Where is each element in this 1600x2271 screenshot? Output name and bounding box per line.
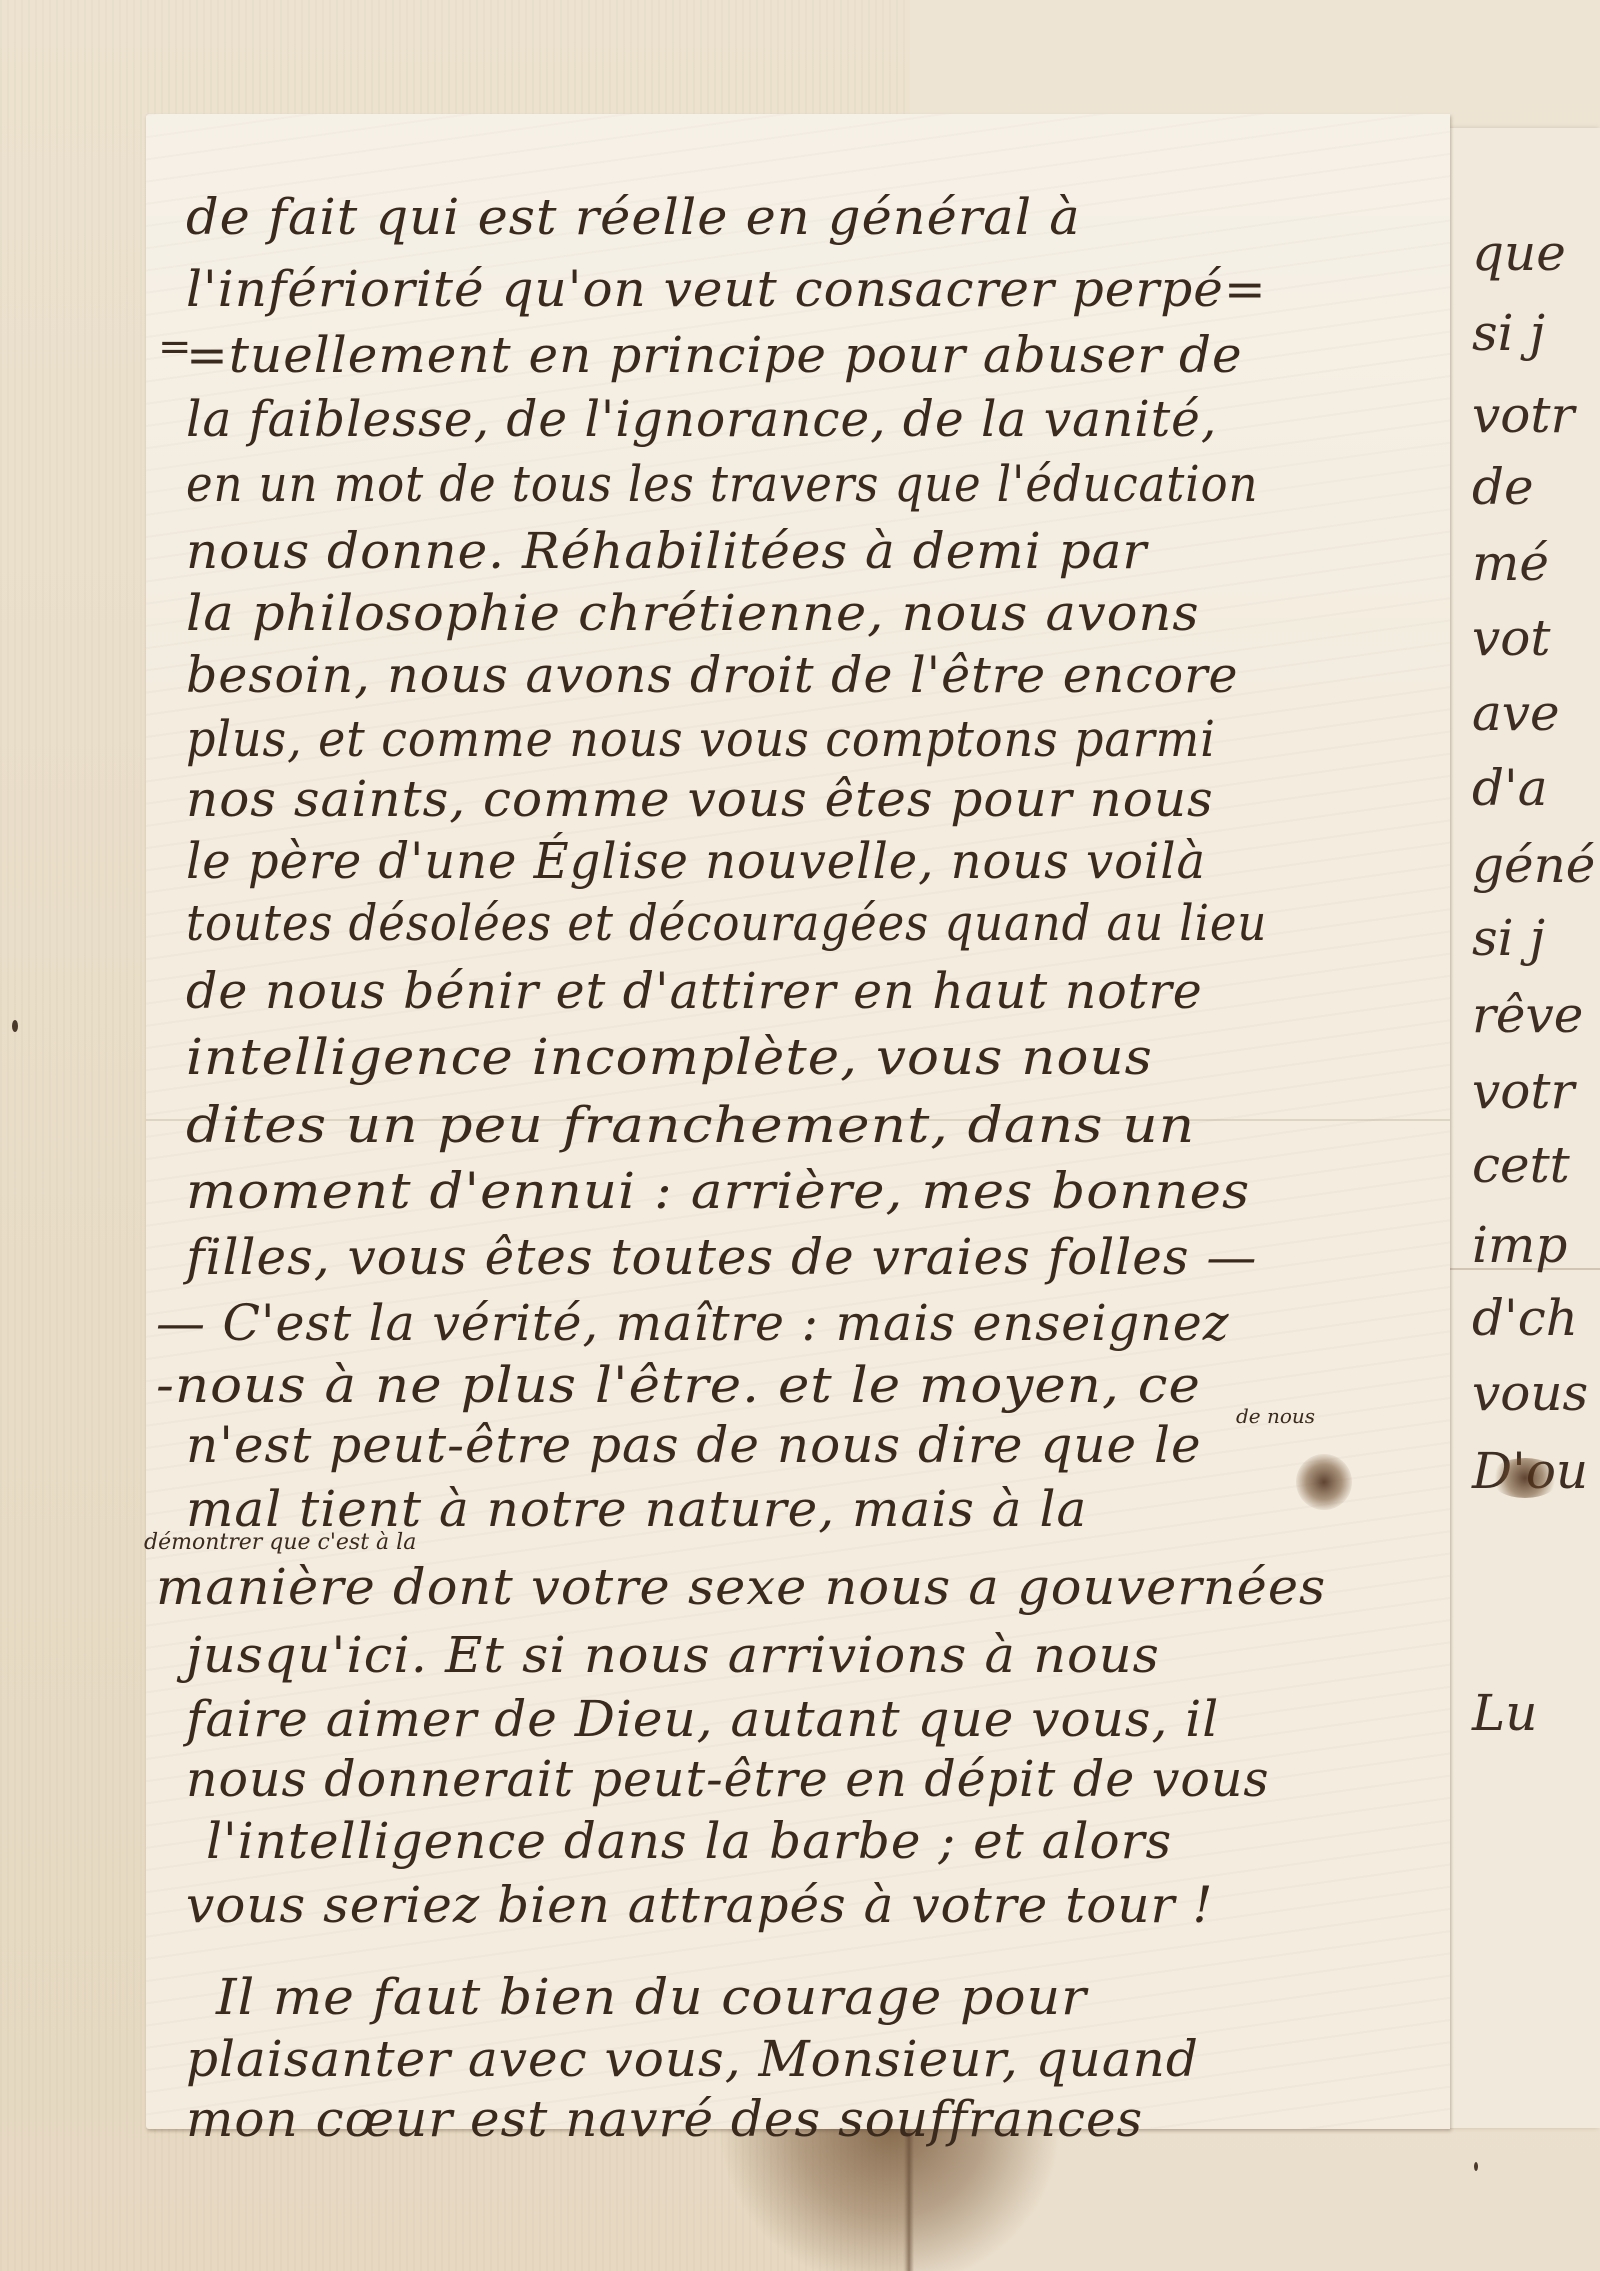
text-line: — C'est la vérité, maître : mais enseign… <box>156 1298 1229 1348</box>
text-line: plus, et comme nous vous comptons parmi <box>186 714 1216 764</box>
right-line: vous <box>1472 1368 1588 1418</box>
ink-speck <box>12 1020 18 1032</box>
interlinear-insertion: de nous <box>1236 1404 1315 1428</box>
text-line: de nous bénir et d'attirer en haut notre <box>186 966 1203 1016</box>
right-line: votr <box>1472 1066 1574 1116</box>
text-line: nous donnerait peut-être en dépit de vou… <box>186 1754 1270 1804</box>
ink-blot <box>1490 1458 1560 1498</box>
text-line: vous seriez bien attrapés à votre tour ! <box>186 1880 1213 1930</box>
text-line: intelligence incomplète, vous nous <box>186 1032 1153 1082</box>
text-line: le père d'une Église nouvelle, nous voil… <box>186 836 1206 886</box>
text-line: besoin, nous avons droit de l'être encor… <box>186 650 1239 700</box>
manuscript-page: = de fait qui est réelle en général à l'… <box>146 114 1450 2129</box>
right-line: d'a <box>1472 763 1548 813</box>
right-line: rêve <box>1472 990 1583 1040</box>
text-line: nos saints, comme vous êtes pour nous <box>186 774 1214 824</box>
right-line: cett <box>1472 1140 1570 1190</box>
text-line: moment d'ennui : arrière, mes bonnes <box>186 1166 1250 1216</box>
text-line: en un mot de tous les travers que l'éduc… <box>186 459 1258 509</box>
text-line: de fait qui est réelle en général à <box>186 192 1081 242</box>
text-line: toutes désolées et découragées quand au … <box>186 898 1267 948</box>
text-line: dites un peu franchement, dans un <box>186 1100 1195 1150</box>
interlinear-insertion: démontrer que c'est à la <box>144 1530 416 1555</box>
text-line: manière dont votre sexe nous a gouvernée… <box>156 1562 1326 1612</box>
text-line: filles, vous êtes toutes de vraies folle… <box>186 1232 1257 1282</box>
right-line: ave <box>1472 688 1560 738</box>
paragraph-start-line: Il me faut bien du courage pour <box>216 1972 1087 2022</box>
right-line: si j <box>1472 308 1545 358</box>
text-line: mal tient à notre nature, mais à la <box>186 1484 1087 1534</box>
text-line: jusqu'ici. Et si nous arrivions à nous <box>186 1630 1160 1680</box>
right-line: géné <box>1472 840 1595 890</box>
right-page-fragment: que si j votr de mé vot ave d'a géné si … <box>1450 128 1600 2128</box>
text-line: la philosophie chrétienne, nous avons <box>186 588 1200 638</box>
right-line: de <box>1472 462 1534 512</box>
text-line: la faiblesse, de l'ignorance, de la vani… <box>186 394 1217 444</box>
text-line: l'intelligence dans la barbe ; et alors <box>206 1816 1172 1866</box>
text-line: mon cœur est navré des souffrances <box>186 2094 1143 2144</box>
text-line: -nous à ne plus l'être. et le moyen, ce <box>156 1360 1201 1410</box>
right-line: imp <box>1472 1220 1567 1270</box>
right-line: d'ch <box>1472 1293 1578 1343</box>
book-gutter-shadow <box>560 2128 1400 2271</box>
right-line: vot <box>1472 613 1550 663</box>
right-line: que <box>1472 228 1566 278</box>
text-line: faire aimer de Dieu, autant que vous, il <box>186 1694 1219 1744</box>
text-line: l'infériorité qu'on veut consacrer perpé… <box>186 264 1267 314</box>
text-line: =tuellement en principe pour abuser de <box>186 330 1243 380</box>
text-line: n'est peut-être pas de nous dire que le <box>186 1420 1202 1470</box>
text-line: nous donne. Réhabilitées à demi par <box>186 526 1147 576</box>
right-line: votr <box>1472 390 1574 440</box>
right-line: Lu <box>1472 1688 1537 1738</box>
right-line: si j <box>1472 913 1545 963</box>
text-line: plaisanter avec vous, Monsieur, quand <box>186 2034 1199 2084</box>
ink-blot <box>1296 1454 1352 1510</box>
right-line: mé <box>1472 538 1549 588</box>
ink-speck <box>1474 2162 1478 2171</box>
